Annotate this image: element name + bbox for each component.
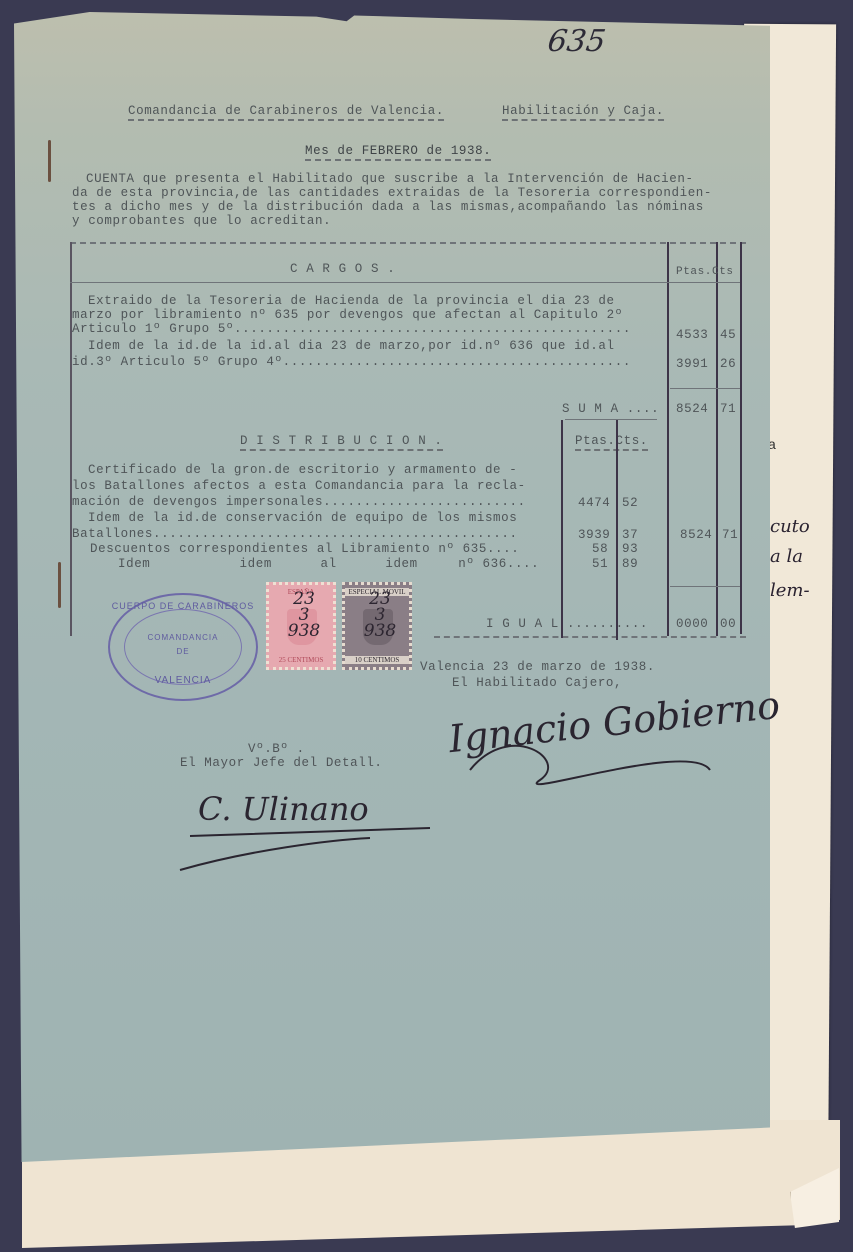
dist-line-1: Certificado de la gron.de escritorio y a… (88, 463, 517, 477)
vb-mark: Vº.Bº . (248, 742, 305, 756)
cargos-column-header: Ptas.Cts (676, 266, 734, 278)
header-comandancia: Comandancia de Carabineros de Valencia. (128, 104, 444, 121)
dist-amount-4-ptas: 51 (592, 557, 608, 571)
cargos-line-4: Idem de la id.de la id.al dia 23 de marz… (88, 339, 615, 353)
table-right-border (740, 242, 742, 634)
signature-flourish-right (430, 700, 730, 790)
dist-amount-2-cts: 37 (622, 528, 638, 542)
revenue-stamp-10c: ESPECIAL MOVIL 23 3 938 10 CENTIMOS (342, 582, 412, 670)
cargos-amount-2-cts: 26 (720, 357, 736, 371)
igual-ptas: 0000 (676, 617, 708, 631)
table-top-border (70, 242, 746, 244)
distribucion-title: D I S T R I B U C I O N . (240, 434, 443, 451)
igual-rule (670, 586, 740, 587)
intro-line-3: tes a dicho mes y de la distribución dad… (72, 200, 704, 214)
handwritten-page-number: 635 (546, 24, 608, 59)
cargos-header-rule (70, 282, 740, 283)
stamp-cancellation: 23 3 938 (279, 591, 329, 639)
intro-line-4: y comprobantes que lo acreditan. (72, 214, 331, 228)
dist-line-3: mación de devengos impersonales.........… (72, 495, 526, 509)
dist-line-5: Batallones..............................… (72, 527, 518, 541)
seal-center-2: DE (110, 647, 256, 656)
suma-label: S U M A .... (562, 402, 659, 416)
cargos-line-3: Articulo 1º Grupo 5º....................… (72, 322, 631, 336)
cargos-amount-1-ptas: 4533 (676, 328, 708, 342)
cargos-line-5: id.3º Articulo 5º Grupo 4º..............… (72, 355, 631, 369)
intro-line-1: CUENTA que presenta el Habilitado que su… (86, 172, 694, 186)
dist-amount-1-cts: 52 (622, 496, 638, 510)
seal-center-1: COMANDANCIA (110, 633, 256, 642)
staple-mark-bottom (58, 562, 61, 608)
header-habilitacion: Habilitación y Caja. (502, 104, 664, 121)
dist-amount-3-ptas: 58 (592, 542, 608, 556)
igual-label: I G U A L .......... (486, 617, 648, 631)
cargos-cts-divider (716, 242, 718, 636)
underlying-handwriting-3: lem- (770, 580, 810, 601)
revenue-stamp-25c: ESPAÑA 23 3 938 25 CENTIMOS (266, 582, 336, 670)
cargos-amount-1-cts: 45 (720, 328, 736, 342)
dist-left-divider (561, 420, 563, 638)
igual-cts: 00 (720, 617, 736, 631)
month-line: Mes de FEBRERO de 1938. (305, 144, 491, 161)
dist-line-6: Descuentos correspondientes al Libramien… (90, 542, 519, 556)
cargos-line-1: Extraido de la Tesoreria de Hacienda de … (88, 294, 615, 308)
intro-line-2: da de esta provincia,de las cantidades e… (72, 186, 712, 200)
table-bottom-border (434, 636, 746, 638)
signature-underline-left (170, 820, 440, 880)
dist-line-7: Idem idem al idem nº 636.... (118, 557, 539, 571)
cargos-line-2: marzo por libramiento nº 635 por devengo… (72, 308, 623, 322)
distribucion-column-header: Ptas.Cts. (575, 434, 648, 451)
dist-total-cts: 71 (722, 528, 738, 542)
dist-ptas-cts-divider (616, 420, 618, 640)
signer-left-title: El Mayor Jefe del Detall. (180, 756, 383, 770)
suma-cts: 71 (720, 402, 736, 416)
comandancia-seal: CUERPO DE CARABINEROS COMANDANCIA DE VAL… (108, 593, 258, 701)
table-left-border (70, 242, 72, 636)
stamp-cancellation: 23 3 938 (355, 591, 405, 639)
suma-ptas: 8524 (676, 402, 708, 416)
cargos-subtotal-rule (670, 388, 740, 389)
dist-amount-4-cts: 89 (622, 557, 638, 571)
dist-amount-1-ptas: 4474 (578, 496, 610, 510)
place-date: Valencia 23 de marzo de 1938. (420, 660, 655, 674)
seal-bottom-text: VALENCIA (110, 675, 256, 686)
dist-amount-2-ptas: 3939 (578, 528, 610, 542)
signer-right-title: El Habilitado Cajero, (452, 676, 622, 690)
staple-mark-top (48, 140, 51, 182)
dist-line-2: los Batallones afectos a esta Comandanci… (72, 479, 526, 493)
suma-underline (565, 419, 657, 420)
underlying-handwriting-1: cuto (770, 516, 810, 537)
seal-ring-text: CUERPO DE CARABINEROS (110, 601, 256, 611)
cargos-amount-2-ptas: 3991 (676, 357, 708, 371)
dist-total-ptas: 8524 (680, 528, 712, 542)
underlying-handwriting-2: a la (770, 546, 803, 567)
dist-amount-3-cts: 93 (622, 542, 638, 556)
dist-line-4: Idem de la id.de conservación de equipo … (88, 511, 517, 525)
stamp-value: 10 CENTIMOS (345, 656, 409, 664)
stamp-value: 25 CENTIMOS (269, 656, 333, 664)
cargos-title: C A R G O S . (290, 262, 395, 276)
cargos-ptas-divider (667, 242, 669, 636)
